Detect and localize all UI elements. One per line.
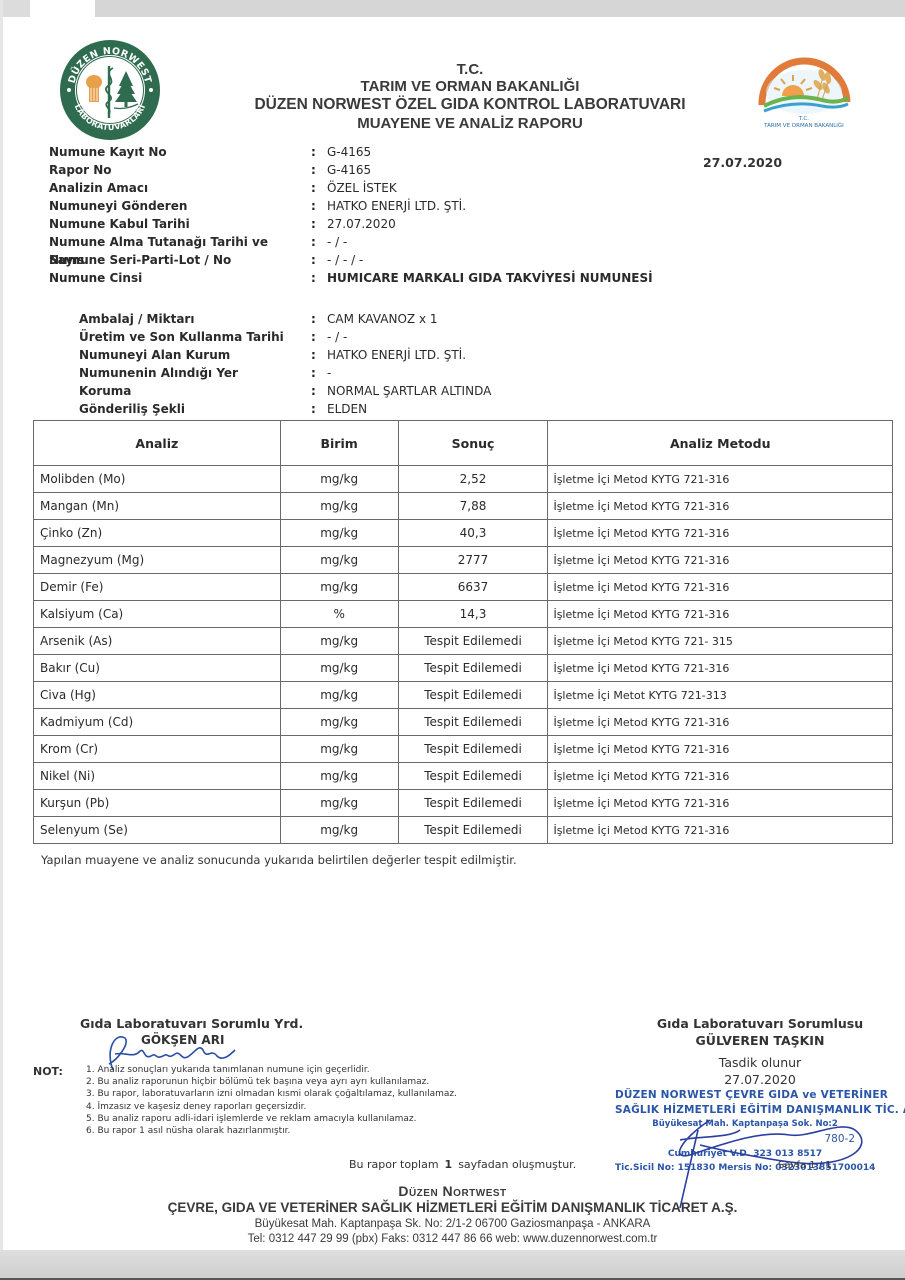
note-item: 1. Analiz sonuçları yukarıda tanımlanan … [86,1064,457,1076]
assistant-supervisor-name: GÖKŞEN ARI [141,1033,224,1047]
cell-result: 40,3 [398,520,548,547]
cell-method: İşletme İçi Metod KYTG 721-316 [548,466,893,493]
info-row-purpose: Analizin Amacı:ÖZEL İSTEK [49,179,653,197]
table-row: Selenyum (Se)mg/kgTespit Edilemediİşletm… [34,817,893,844]
note-item: 3. Bu rapor, laboratuvarların izni olmad… [86,1088,457,1100]
cell-result: Tespit Edilemedi [398,736,548,763]
note-item: 4. İmzasız ve kaşesiz deney raporları ge… [86,1101,457,1113]
cell-result: Tespit Edilemedi [398,709,548,736]
cell-analysis: Mangan (Mn) [34,493,281,520]
scan-edge-top [95,0,905,17]
cell-analysis: Çinko (Zn) [34,520,281,547]
table-row: Mangan (Mn)mg/kg7,88İşletme İçi Metod KY… [34,493,893,520]
cell-analysis: Molibden (Mo) [34,466,281,493]
cell-unit: mg/kg [280,655,398,682]
note-item: 6. Bu rapor 1 asıl nüsha olarak hazırlan… [86,1125,457,1137]
header-tc: T.C. [200,61,740,78]
table-row: Bakır (Cu)mg/kgTespit Edilemediİşletme İ… [34,655,893,682]
cell-result: Tespit Edilemedi [398,817,548,844]
footer-company-short: Düzen Nortwest [0,1183,905,1199]
cell-analysis: Kurşun (Pb) [34,790,281,817]
table-header-row: Analiz Birim Sonuç Analiz Metodu [34,421,893,466]
cell-result: 2,52 [398,466,548,493]
cell-analysis: Kadmiyum (Cd) [34,709,281,736]
cell-method: İşletme İçi Metod KYTG 721-316 [548,817,893,844]
cell-unit: mg/kg [280,817,398,844]
header-ministry: TARIM VE ORMAN BAKANLIĞI [200,78,740,95]
scan-edge-top-left [0,0,30,17]
cell-analysis: Arsenik (As) [34,628,281,655]
scan-edge-bottom [0,1250,905,1280]
table-row: Kalsiyum (Ca)%14,3İşletme İçi Metod KYTG… [34,601,893,628]
table-row: Magnezyum (Mg)mg/kg2777İşletme İçi Metod… [34,547,893,574]
page-count: Bu rapor toplam1sayfadan oluşmuştur. [349,1158,576,1171]
info-row-production-expiry: Üretim ve Son Kullanma Tarihi:- / - [79,328,491,346]
cell-result: 6637 [398,574,548,601]
cell-unit: mg/kg [280,574,398,601]
footer-contact: Tel: 0312 447 29 99 (pbx) Faks: 0312 447… [0,1233,905,1245]
cell-method: İşletme İçi Metod KYTG 721-316 [548,655,893,682]
cell-unit: mg/kg [280,790,398,817]
cell-method: İşletme İçi Metod KYTG 721-316 [548,601,893,628]
table-row: Civa (Hg)mg/kgTespit Edilemediİşletme İç… [34,682,893,709]
cell-analysis: Magnezyum (Mg) [34,547,281,574]
table-row: Molibden (Mo)mg/kg2,52İşletme İçi Metod … [34,466,893,493]
footer-company-full: ÇEVRE, GIDA VE VETERİNER SAĞLIK HİZMETLE… [0,1200,905,1215]
info-row-sampling-record: Numune Alma Tutanağı Tarihi ve Sayısı:- … [49,233,653,251]
cell-method: İşletme İçi Metod KYTG 721-316 [548,520,893,547]
info-row-lot-no: Numune Seri-Parti-Lot / No:- / - / - [49,251,653,269]
cell-analysis: Civa (Hg) [34,682,281,709]
supervisor-title: Gıda Laboratuvarı Sorumlusu [610,1016,905,1033]
duzen-norwest-lab-seal-icon: DÜZEN NORWEST LABORATUVARLARI [58,38,162,142]
cell-method: İşletme İçi Metod KYTG 721-316 [548,547,893,574]
cell-result: Tespit Edilemedi [398,682,548,709]
cell-unit: mg/kg [280,736,398,763]
cell-result: Tespit Edilemedi [398,763,548,790]
svg-text:T.C.: T.C. [798,116,809,122]
cell-unit: mg/kg [280,493,398,520]
cell-method: İşletme İçi Metod KYTG 721-316 [548,736,893,763]
cell-method: İşletme İçi Metod KYTG 721- 315 [548,628,893,655]
info-row-report-no: Rapor No:G-4165 [49,161,653,179]
note-item: 5. Bu analiz raporu adli-idari işlemlerd… [86,1113,457,1125]
cell-unit: mg/kg [280,709,398,736]
cell-method: İşletme İçi Metot KYTG 721-313 [548,682,893,709]
column-header-method: Analiz Metodu [548,421,893,466]
table-row: Demir (Fe)mg/kg6637İşletme İçi Metod KYT… [34,574,893,601]
supervisor-block: Gıda Laboratuvarı Sorumlusu GÜLVEREN TAŞ… [610,1016,905,1090]
cell-analysis: Bakır (Cu) [34,655,281,682]
cell-unit: mg/kg [280,466,398,493]
conclusion-text: Yapılan muayene ve analiz sonucunda yuka… [41,853,517,867]
sample-info: Numune Kayıt No:G-4165 Rapor No:G-4165 A… [49,143,653,287]
cell-result: Tespit Edilemedi [398,655,548,682]
cell-result: 7,88 [398,493,548,520]
info-row-packaging: Ambalaj / Miktarı:CAM KAVANOZ x 1 [79,310,491,328]
info-row-storage: Koruma:NORMAL ŞARTLAR ALTINDA [79,382,491,400]
info-row-registration-no: Numune Kayıt No:G-4165 [49,143,653,161]
tarim-orman-bakanligi-logo-icon: T.C. TARIM VE ORMAN BAKANLIĞI [752,40,857,130]
table-row: Çinko (Zn)mg/kg40,3İşletme İçi Metod KYT… [34,520,893,547]
cell-result: 14,3 [398,601,548,628]
svg-text:TARIM VE ORMAN BAKANLIĞI: TARIM VE ORMAN BAKANLIĞI [763,122,844,129]
cell-analysis: Krom (Cr) [34,736,281,763]
column-header-result: Sonuç [398,421,548,466]
assistant-supervisor-title: Gıda Laboratuvarı Sorumlu Yrd. [80,1016,303,1031]
supervisor-name: GÜLVEREN TAŞKIN [610,1033,905,1055]
approval-text: Tasdik olunur [610,1055,905,1072]
header-lab-name: DÜZEN NORWEST ÖZEL GIDA KONTROL LABORATU… [200,96,740,114]
cell-method: İşletme İçi Metod KYTG 721-316 [548,574,893,601]
table-row: Krom (Cr)mg/kgTespit Edilemediİşletme İç… [34,736,893,763]
column-header-unit: Birim [280,421,398,466]
cell-unit: % [280,601,398,628]
cell-result: Tespit Edilemedi [398,790,548,817]
sample-details: Ambalaj / Miktarı:CAM KAVANOZ x 1 Üretim… [79,310,491,418]
cell-method: İşletme İçi Metod KYTG 721-316 [548,493,893,520]
page-title: MUAYENE VE ANALİZ RAPORU [200,115,740,132]
info-row-sender: Numuneyi Gönderen:HATKO ENERJİ LTD. ŞTİ. [49,197,653,215]
cell-unit: mg/kg [280,628,398,655]
footer-address: Büyükesat Mah. Kaptanpaşa Sk. No: 2/1-2 … [0,1218,905,1230]
column-header-analysis: Analiz [34,421,281,466]
cell-analysis: Kalsiyum (Ca) [34,601,281,628]
cell-analysis: Nikel (Ni) [34,763,281,790]
table-row: Nikel (Ni)mg/kgTespit Edilemediİşletme İ… [34,763,893,790]
results-table: Analiz Birim Sonuç Analiz Metodu Molibde… [33,420,893,844]
info-row-receiving-institution: Numuneyi Alan Kurum:HATKO ENERJİ LTD. ŞT… [79,346,491,364]
notes-list: 1. Analiz sonuçları yukarıda tanımlanan … [86,1064,457,1137]
cell-unit: mg/kg [280,682,398,709]
cell-method: İşletme İçi Metod KYTG 721-316 [548,790,893,817]
cell-analysis: Selenyum (Se) [34,817,281,844]
cell-unit: mg/kg [280,547,398,574]
cell-method: İşletme İçi Metod KYTG 721-316 [548,763,893,790]
note-item: 2. Bu analiz raporunun hiçbir bölümü tek… [86,1076,457,1088]
cell-result: Tespit Edilemedi [398,628,548,655]
table-row: Kadmiyum (Cd)mg/kgTespit Edilemediİşletm… [34,709,893,736]
company-stamp: DÜZEN NORWEST ÇEVRE GIDA ve VETERİNER SA… [615,1089,875,1177]
cell-unit: mg/kg [280,520,398,547]
cell-analysis: Demir (Fe) [34,574,281,601]
info-row-delivery: Gönderiliş Şekli:ELDEN [79,400,491,418]
info-row-sample-type: Numune Cinsi:HUMICARE MARKALI GIDA TAKVİ… [49,269,653,287]
approval-date: 27.07.2020 [610,1072,905,1090]
scan-edge-left [0,0,3,1280]
table-row: Kurşun (Pb)mg/kgTespit Edilemediİşletme … [34,790,893,817]
page-mark: Sayfa 1 / 1 [778,1160,832,1171]
report-date: 27.07.2020 [703,155,782,170]
cell-unit: mg/kg [280,763,398,790]
cell-method: İşletme İçi Metod KYTG 721-316 [548,709,893,736]
cell-result: 2777 [398,547,548,574]
info-row-acceptance-date: Numune Kabul Tarihi:27.07.2020 [49,215,653,233]
table-row: Arsenik (As)mg/kgTespit Edilemediİşletme… [34,628,893,655]
notes-label: NOT: [33,1065,63,1078]
info-row-sampling-place: Numunenin Alındığı Yer:- [79,364,491,382]
